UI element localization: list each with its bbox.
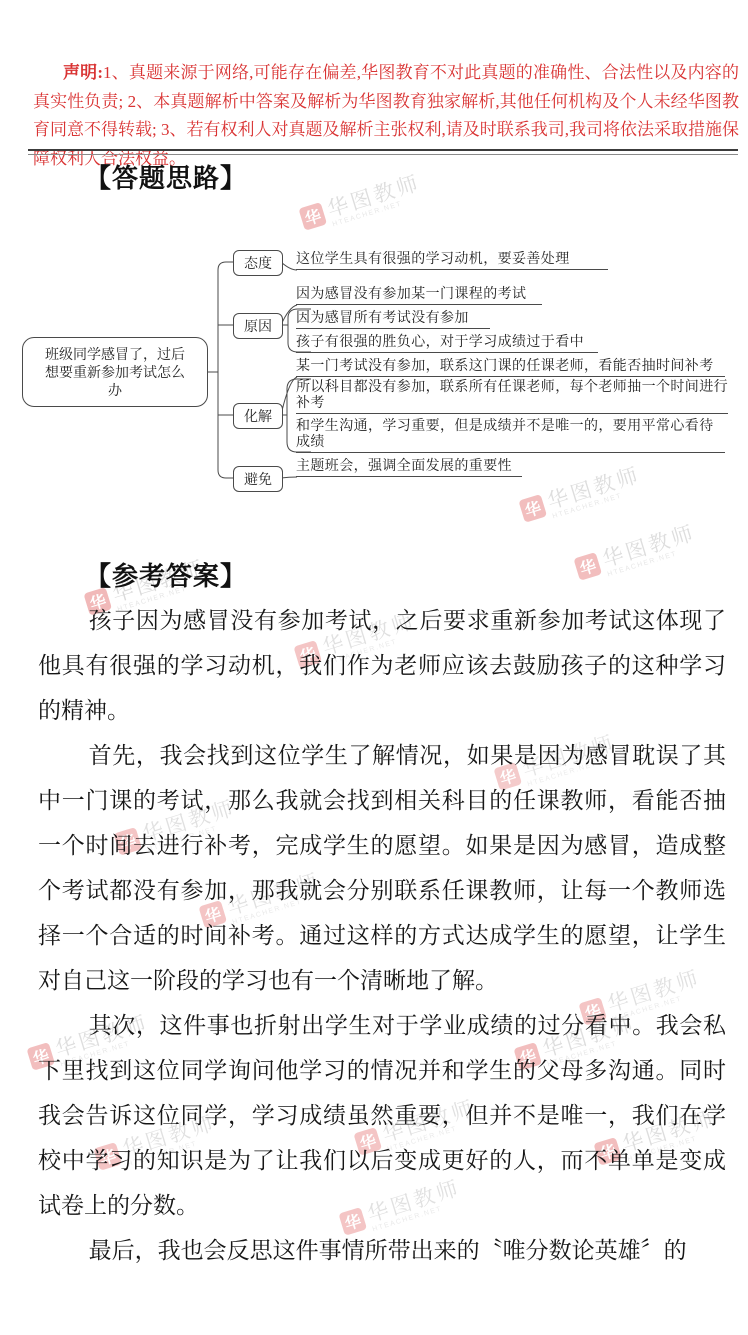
answer-paragraph: 孩子因为感冒没有参加考试，之后要求重新参加考试这体现了他具有很强的学习动机，我们… xyxy=(38,598,726,733)
leaf-item: 某一门考试没有参加，联系这门课的任课老师，看能否抽时间补考 xyxy=(296,357,725,377)
branch-node-attitude: 态度 xyxy=(233,250,283,276)
branch-node-resolve: 化解 xyxy=(233,403,283,429)
leaf-item: 主题班会，强调全面发展的重要性 xyxy=(296,457,522,477)
huatu-logo-icon: 华 xyxy=(573,552,602,581)
watermark-domain: HTEACHER.NET xyxy=(332,194,426,229)
answer-body: 孩子因为感冒没有参加考试，之后要求重新参加考试这体现了他具有很强的学习动机，我们… xyxy=(38,598,726,1273)
watermark: 华 华图教师HTEACHER.NET xyxy=(518,465,645,529)
leaf-item: 因为感冒所有考试没有参加 xyxy=(296,309,490,329)
leaf-item: 因为感冒没有参加某一门课程的考试 xyxy=(296,285,542,305)
page: 华 华图教师HTEACHER.NET 华 华图教师HTEACHER.NET 华 … xyxy=(0,0,748,1335)
watermark: 华 华图教师HTEACHER.NET xyxy=(573,523,700,587)
disclaimer-label: 声明: xyxy=(63,63,103,82)
answer-paragraph: 首先，我会找到这位学生了解情况，如果是因为感冒耽误了其中一门课的考试，那么我就会… xyxy=(38,733,726,1003)
watermark-brand: 华图教师 xyxy=(545,465,643,514)
answer-paragraph: 最后，我也会反思这件事情所带出来的〝唯分数论英雄〞的 xyxy=(38,1228,726,1273)
mindmap-root-text: 班级同学感冒了，过后想要重新参加考试怎么办 xyxy=(39,345,191,399)
huatu-logo-icon: 华 xyxy=(298,202,327,231)
disclaimer-text: 声明:1、真题来源于网络,可能存在偏差,华图教育不对此真题的准确性、合法性以及内… xyxy=(33,59,739,173)
branch-node-avoid: 避免 xyxy=(233,466,283,492)
watermark-domain: HTEACHER.NET xyxy=(552,486,646,521)
leaf-item: 和学生沟通，学习重要，但是成绩并不是唯一的，要用平常心看待成绩 xyxy=(296,417,725,453)
watermark: 华 华图教师HTEACHER.NET xyxy=(298,173,425,237)
leaf-item: 孩子有很强的胜负心，对于学习成绩过于看中 xyxy=(296,333,598,353)
leaf-item: 所以科目都没有参加，联系所有任课老师，每个老师抽一个时间进行补考 xyxy=(296,378,728,414)
section-divider xyxy=(28,149,738,155)
answer-heading: 【参考答案】 xyxy=(85,556,247,593)
watermark-brand: 华图教师 xyxy=(600,523,698,572)
thinking-heading: 【答题思路】 xyxy=(85,158,247,195)
watermark-brand: 华图教师 xyxy=(325,173,423,222)
answer-paragraph: 其次，这件事也折射出学生对于学业成绩的过分看中。我会私下里找到这位同学询问他学习… xyxy=(38,1003,726,1228)
leaf-item: 这位学生具有很强的学习动机，要妥善处理 xyxy=(296,250,608,270)
branch-node-reason: 原因 xyxy=(233,313,283,339)
huatu-logo-icon: 华 xyxy=(518,494,547,523)
watermark-domain: HTEACHER.NET xyxy=(607,544,701,579)
mindmap-root-node: 班级同学感冒了，过后想要重新参加考试怎么办 xyxy=(22,337,208,407)
